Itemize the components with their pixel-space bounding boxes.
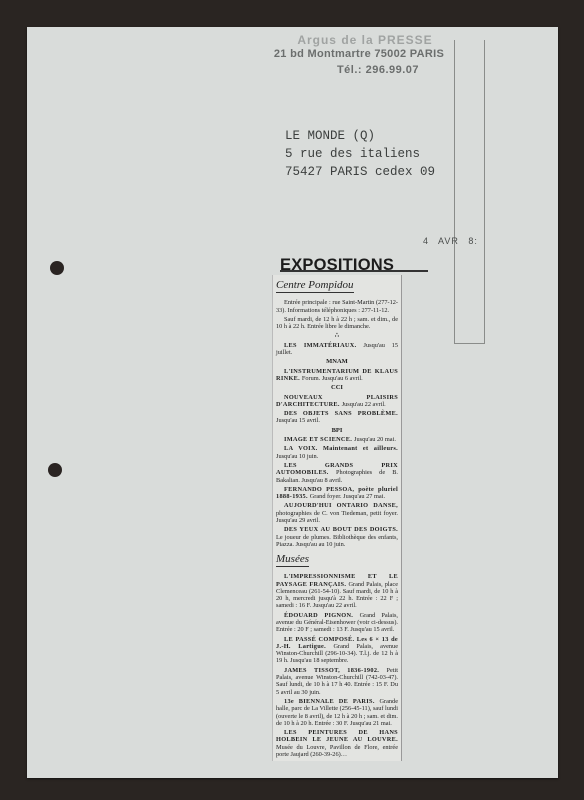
listing-item: IMAGE ET SCIENCE. Jusqu'au 20 mai. — [276, 436, 398, 443]
listing-item: L'IMPRESSIONNISME ET LE PAYSAGE FRANÇAIS… — [276, 573, 398, 609]
listing-details: Forum. Jusqu'au 6 avril. — [302, 375, 363, 382]
listing-title: LA VOIX. Maintenant et ailleurs. — [284, 445, 398, 452]
punch-hole — [50, 261, 64, 275]
attached-card-edge — [454, 40, 485, 344]
listing-item: NOUVEAUX PLAISIRS D'ARCHITECTURE. Jusqu'… — [276, 394, 398, 409]
listing-title: IMAGE ET SCIENCE. — [284, 436, 354, 443]
listing-item: L'INSTRUMENTARIUM DE KLAUS RINKE. Forum.… — [276, 368, 398, 383]
listing-item: LE PASSÉ COMPOSÉ. Les 6 × 13 de J.-H. La… — [276, 636, 398, 665]
listing-item: LES IMMATÉRIAUX. Jusqu'au 15 juillet. — [276, 342, 398, 357]
listing-item: DES OBJETS SANS PROBLÈME. Jusqu'au 15 av… — [276, 410, 398, 425]
agency-stamp: Argus de la PRESSE 21 bd Montmartre 7500… — [255, 33, 455, 77]
clipping-headline: EXPOSITIONS — [280, 262, 428, 272]
document-page: Argus de la PRESSE 21 bd Montmartre 7500… — [27, 27, 558, 778]
section-title-wrap: Centre Pompidou — [276, 276, 398, 297]
punch-hole — [48, 463, 62, 477]
listing-details: Le joueur de plumes. Bibliothèque des en… — [276, 534, 398, 548]
agency-name: Argus de la PRESSE — [275, 33, 455, 47]
group-label: BPI — [276, 427, 398, 434]
listing-details: photographies de C. von Tiedeman, petit … — [276, 510, 398, 524]
listing-item: AUJOURD'HUI ONTARIO DANSE, photographies… — [276, 502, 398, 524]
group-label: ∴ — [276, 332, 398, 339]
recipient-line: LE MONDE (Q) — [285, 127, 435, 145]
listing-item: FERNANDO PESSOA, poète pluriel 1888-1935… — [276, 486, 398, 501]
newspaper-clipping: EXPOSITIONS Centre PompidouEntrée princi… — [272, 262, 402, 761]
section-intro: Sauf mardi, de 12 h à 22 h ; sam. et dim… — [276, 316, 398, 331]
listing-title: LES IMMATÉRIAUX. — [284, 342, 364, 349]
group-label: MNAM — [276, 358, 398, 365]
section-title: Centre Pompidou — [276, 279, 354, 293]
listing-title: JAMES TISSOT, 1836-1902. — [284, 667, 386, 674]
listing-details: Jusqu'au 15 avril. — [276, 417, 320, 424]
section-title: Musées — [276, 553, 309, 567]
listing-item: LA VOIX. Maintenant et ailleurs. Jusqu'a… — [276, 445, 398, 460]
listing-item: 13e BIENNALE DE PARIS. Grande halle, par… — [276, 698, 398, 727]
listing-title: DES YEUX AU BOUT DES DOIGTS. — [284, 526, 398, 533]
section-title-wrap: Musées — [276, 550, 398, 571]
group-label: CCI — [276, 384, 398, 391]
listing-item: LES PEINTURES DE HANS HOLBEIN LE JEUNE A… — [276, 729, 398, 758]
listing-details: Grand foyer. Jusqu'au 27 mai. — [310, 493, 385, 500]
recipient-line: 75427 PARIS cedex 09 — [285, 163, 435, 181]
listing-details: Jusqu'au 20 mai. — [354, 436, 396, 443]
clipping-body: Centre PompidouEntrée principale : rue S… — [272, 275, 402, 761]
recipient-address: LE MONDE (Q) 5 rue des italiens 75427 PA… — [285, 127, 435, 181]
agency-address: 21 bd Montmartre 75002 PARIS — [263, 47, 455, 61]
listing-title: ÉDOUARD PIGNON. — [284, 612, 360, 619]
listing-item: JAMES TISSOT, 1836-1902. Petit Palais, a… — [276, 667, 398, 696]
listing-item: LES GRANDS PRIX AUTOMOBILES. Photographi… — [276, 462, 398, 484]
date-stamp: 4 AVR 8: — [423, 236, 478, 246]
listing-item: ÉDOUARD PIGNON. Grand Palais, avenue du … — [276, 612, 398, 634]
section-intro: Entrée principale : rue Saint-Martin (27… — [276, 299, 398, 314]
listing-details: Musée du Louvre, Pavillon de Flore, entr… — [276, 744, 398, 758]
listing-title: LES PEINTURES DE HANS HOLBEIN LE JEUNE A… — [276, 729, 398, 743]
listing-details: Jusqu'au 10 juin. — [276, 453, 318, 460]
agency-phone: Tél.: 296.99.07 — [301, 63, 455, 77]
listing-details: Jusqu'au 22 avril. — [342, 401, 386, 408]
listing-title: 13e BIENNALE DE PARIS. — [284, 698, 379, 705]
recipient-line: 5 rue des italiens — [285, 145, 435, 163]
listing-title: DES OBJETS SANS PROBLÈME. — [284, 410, 398, 417]
listing-item: DES YEUX AU BOUT DES DOIGTS. Le joueur d… — [276, 526, 398, 548]
listing-title: AUJOURD'HUI ONTARIO DANSE, — [284, 502, 398, 509]
